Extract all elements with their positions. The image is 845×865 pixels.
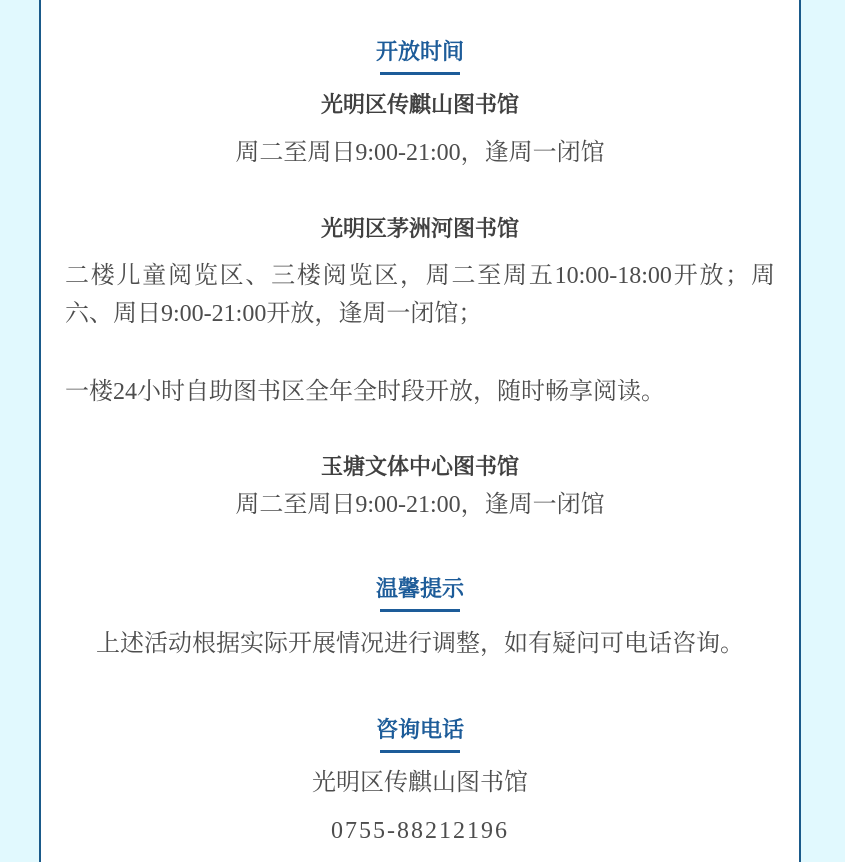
article-frame: 开放时间 光明区传麒山图书馆 周二至周日9:00-21:00，逢周一闭馆 光明区…: [0, 0, 845, 862]
contact-title-underline: [380, 750, 460, 753]
notice-title-underline: [380, 609, 460, 612]
notice-text: 上述活动根据实际开展情况进行调整，如有疑问可电话咨询。: [65, 630, 775, 658]
section-title-underline: [380, 72, 460, 75]
article-content: 开放时间 光明区传麒山图书馆 周二至周日9:00-21:00，逢周一闭馆 光明区…: [41, 0, 799, 862]
contact-library-name: 光明区传麒山图书馆: [65, 769, 775, 797]
section-title-contact: 咨询电话: [65, 718, 775, 742]
chuanqishan-hours-text: 周二至周日9:00-21:00，逢周一闭馆: [65, 139, 775, 167]
section-title-opening-hours: 开放时间: [65, 40, 775, 64]
contact-phone-number: 0755-88212196: [65, 817, 775, 845]
maozhouhe-24h-paragraph: 一楼24小时自助图书区全年全时段开放，随时畅享阅读。: [65, 373, 775, 411]
library-name-yutang: 玉塘文体中心图书馆: [65, 455, 775, 479]
yutang-hours-text: 周二至周日9:00-21:00，逢周一闭馆: [65, 491, 775, 519]
library-name-chuanqishan: 光明区传麒山图书馆: [65, 93, 775, 117]
article-page: 开放时间 光明区传麒山图书馆 周二至周日9:00-21:00，逢周一闭馆 光明区…: [0, 0, 845, 865]
maozhouhe-hours-paragraph: 二楼儿童阅览区、三楼阅览区，周二至周五10:00-18:00开放；周六、周日9:…: [65, 257, 775, 333]
left-margin-band: [0, 0, 39, 862]
section-title-notice: 温馨提示: [65, 577, 775, 601]
library-name-maozhouhe: 光明区茅洲河图书馆: [65, 217, 775, 241]
right-margin-band: [801, 0, 845, 862]
